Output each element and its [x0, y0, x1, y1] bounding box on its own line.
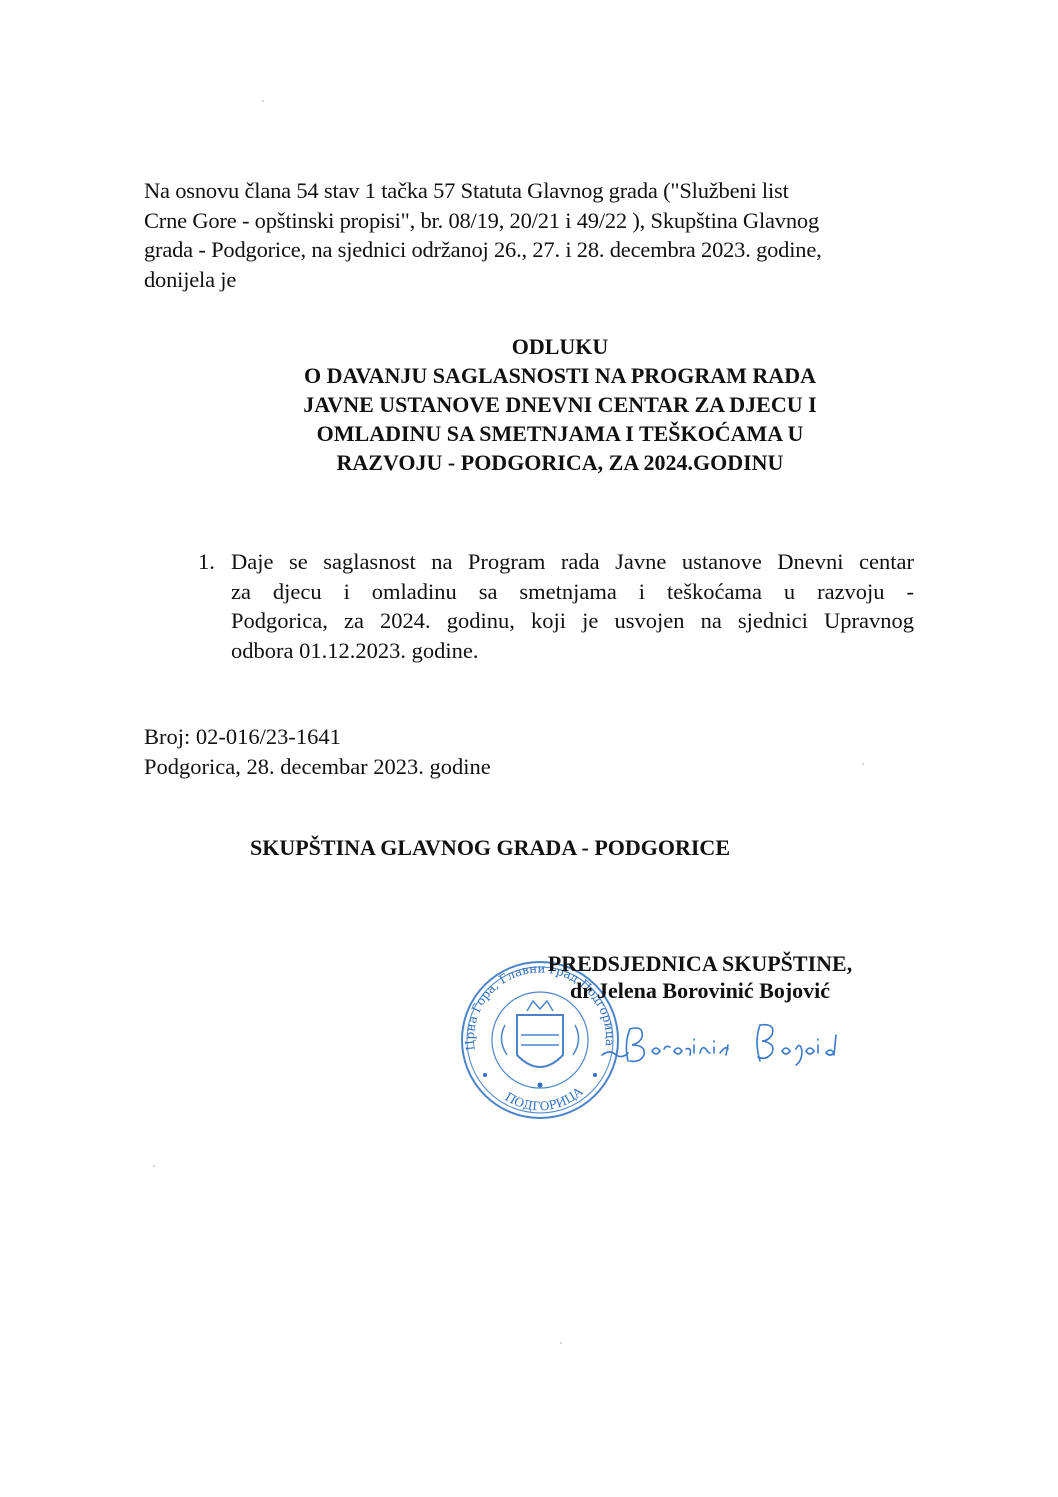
- svg-text:ПОДГОРИЦА: ПОДГОРИЦА: [503, 1084, 586, 1113]
- scan-speck: [262, 100, 264, 102]
- item-text: Daje se saglasnost na Program rada Javne…: [231, 547, 914, 665]
- title-line: OMLADINU SA SMETNJAMA I TEŠKOĆAMA U: [210, 419, 910, 448]
- signatory-title: PREDSJEDNICA SKUPŠTINE,: [520, 950, 880, 977]
- preamble-paragraph: Na osnovu člana 54 stav 1 tačka 57 Statu…: [144, 176, 914, 294]
- title-line: O DAVANJU SAGLASNOSTI NA PROGRAM RADA: [210, 361, 910, 390]
- preamble-line: Crne Gore - opštinski propisi", br. 08/1…: [144, 206, 914, 236]
- scan-speck: [862, 763, 864, 765]
- preamble-line: donijela je: [144, 265, 914, 295]
- assembly-name: SKUPŠTINA GLAVNOG GRADA - PODGORICE: [250, 835, 730, 861]
- decision-title: ODLUKU O DAVANJU SAGLASNOSTI NA PROGRAM …: [210, 332, 910, 477]
- item-line: Daje se saglasnost na Program rada Javne…: [231, 547, 914, 577]
- signatory-block: PREDSJEDNICA SKUPŠTINE, dr Jelena Borovi…: [520, 950, 880, 1004]
- scan-speck: [153, 1165, 155, 1167]
- item-line: Podgorica, za 2024. godinu, koji je usvo…: [231, 606, 914, 636]
- item-line: za djecu i omladinu sa smetnjama i teško…: [231, 577, 914, 607]
- title-line: RAZVOJU - PODGORICA, ZA 2024.GODINU: [210, 448, 910, 477]
- item-number: 1.: [198, 547, 215, 577]
- place-date: Podgorica, 28. decembar 2023. godine: [144, 752, 491, 782]
- document-page: Na osnovu člana 54 stav 1 tačka 57 Statu…: [0, 0, 1058, 1497]
- reference-block: Broj: 02-016/23-1641 Podgorica, 28. dece…: [144, 722, 491, 782]
- scan-speck: [560, 1342, 562, 1344]
- handwritten-signature-icon: [600, 1015, 860, 1075]
- signatory-name: dr Jelena Borovinić Bojović: [520, 977, 880, 1004]
- preamble-line: Na osnovu člana 54 stav 1 tačka 57 Statu…: [144, 176, 914, 206]
- item-line: odbora 01.12.2023. godine.: [231, 636, 914, 666]
- title-line: JAVNE USTANOVE DNEVNI CENTAR ZA DJECU I: [210, 390, 910, 419]
- reference-number: Broj: 02-016/23-1641: [144, 722, 491, 752]
- title-line: ODLUKU: [210, 332, 910, 361]
- stamp-bottom-text: ПОДГОРИЦА: [503, 1084, 586, 1113]
- preamble-line: grada - Podgorice, na sjednici održanoj …: [144, 235, 914, 265]
